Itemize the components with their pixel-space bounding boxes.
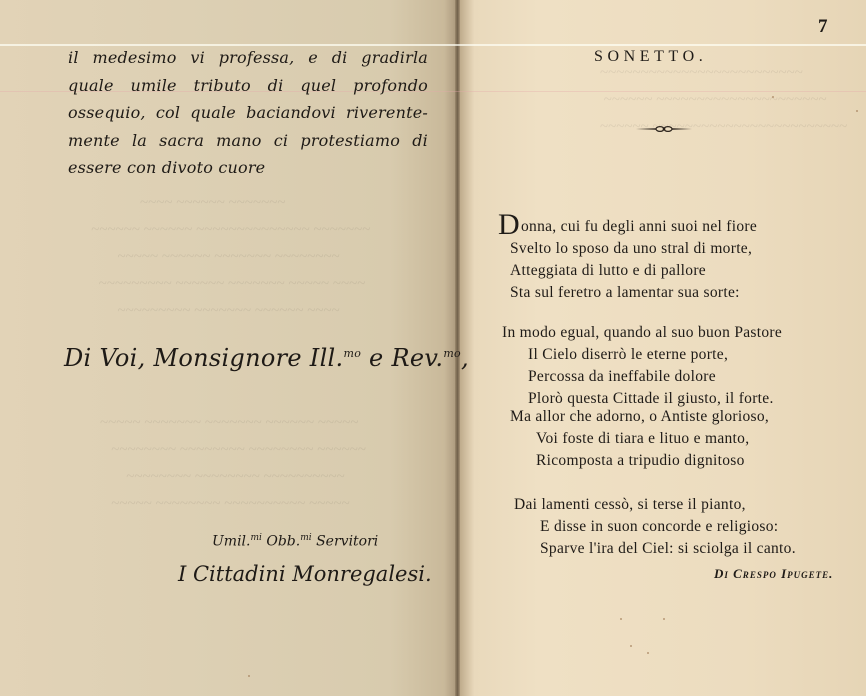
author-attribution: Di Crespo Ipugete. [714,566,833,582]
verse-line: E disse in suon concorde e religioso: [514,516,796,538]
foxing-spot [248,675,250,677]
verse-line: Sta sul feretro a lamentar sua sorte: [498,282,757,304]
verse-line: Ma allor che adorno, o Antiste glorioso, [510,406,769,428]
sonnet-stanza-4: Dai lamenti cessò, si terse il pianto, E… [514,494,796,560]
sonnet-stanza-3: Ma allor che adorno, o Antiste glorioso,… [510,406,769,472]
salutation-text: e Rev. [361,344,443,372]
verse-line: Ricomposta a tripudio dignitoso [510,450,769,472]
text-line: il medesimo vi professa, e di gradirla [68,44,428,72]
drop-cap: D [498,208,520,241]
text-line: quale umile tributo di quel profondo [68,72,428,100]
salutation: Di Voi, Monsignore Ill.mo e Rev.mo, [64,344,434,372]
closing-text: Umil. [212,534,250,550]
superscript: mo [443,347,461,360]
verse-line: Dai lamenti cessò, si terse il pianto, [514,494,796,516]
superscript: mi [250,533,261,543]
sonnet-stanza-1: Donna, cui fu degli anni suoi nel fiore … [498,214,757,304]
verse-line: Donna, cui fu degli anni suoi nel fiore [498,214,757,238]
foxing-spot [663,618,665,620]
verse-line: In modo egual, quando al suo buon Pastor… [502,322,782,344]
page-number: 7 [818,16,828,38]
verse-text: onna, cui fu degli anni suoi nel fiore [521,218,757,235]
closing-servants: Umil.mi Obb.mi Servitori [212,533,378,550]
foxing-spot [647,652,649,654]
text-line: mente la sacra mano ci protestiamo di [68,127,428,155]
verse-line: Svelto lo sposo da uno stral di morte, [498,238,757,260]
verse-line: Voi foste di tiara e lituo e manto, [510,428,769,450]
superscript: mi [300,533,311,543]
sonnet-title: SONETTO. [594,48,707,66]
text-line: ossequio, col quale baciandovi riverente… [68,99,428,127]
verse-line: Percossa da ineffabile dolore [502,366,782,388]
closing-text: Servitori [312,534,379,550]
dedication-paragraph: il medesimo vi professa, e di gradirla q… [68,44,428,182]
foxing-spot [856,110,858,112]
signature: I Cittadini Monregalesi. [178,562,432,586]
sonnet-stanza-2: In modo egual, quando al suo buon Pastor… [502,322,782,410]
closing-text: Obb. [262,534,300,550]
superscript: mo [343,347,361,360]
foxing-spot [630,645,632,647]
salutation-text: Di Voi, Monsignore Ill. [64,344,343,372]
verse-line: Sparve l'ira del Ciel: si sciolga il can… [514,538,796,560]
foxing-spot [772,96,774,98]
verse-line: Il Cielo diserrò le eterne porte, [502,344,782,366]
salutation-text: , [461,344,469,372]
foxing-spot [620,618,622,620]
book-spread: ~~~~ ~~~~~~ ~~~~~~~ ~~~~~~ ~~~~~~ ~~~~~~… [0,0,866,696]
verse-line: Atteggiata di lutto e di pallore [498,260,757,282]
text-line: essere con divoto cuore [68,154,428,182]
ornament-rule-icon [636,124,692,134]
